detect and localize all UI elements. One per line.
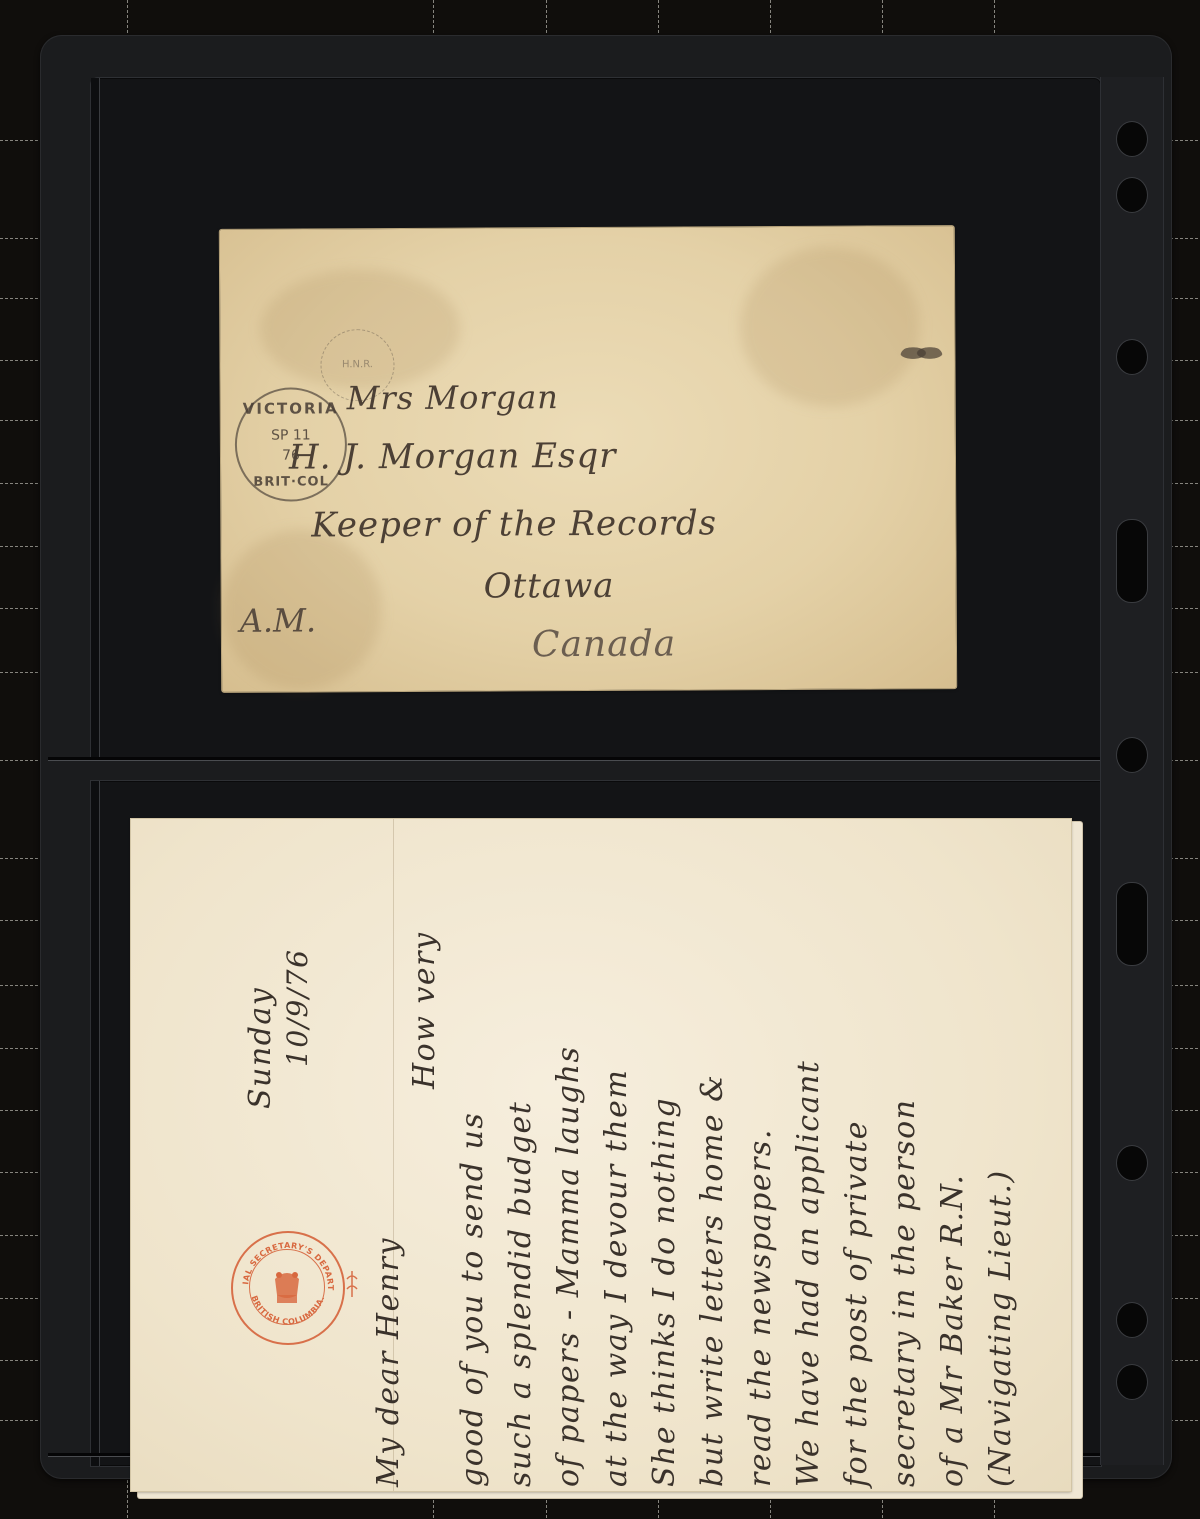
address-line: H. J. Morgan Esqr (289, 436, 617, 478)
binder-hole (1116, 1145, 1148, 1181)
letter-line: We have had an applicant (791, 1060, 826, 1487)
letter-line: of papers - Mamma laughs (551, 1046, 586, 1487)
address-line: Mrs Morgan (347, 378, 559, 417)
binder-hole (1116, 177, 1148, 213)
letter-line: (Navigating Lieut.) (983, 1169, 1018, 1487)
crown-crest-icon (269, 1265, 305, 1309)
binder-hole-strip (1100, 77, 1164, 1465)
pocket-edge (91, 781, 100, 1466)
binder-hole (1116, 1364, 1148, 1400)
binder-hole (1116, 1302, 1148, 1338)
letter-line: How very (407, 932, 442, 1089)
binder-hole-oblong (1116, 882, 1148, 966)
binder-hole (1116, 339, 1148, 375)
address-line: Canada (532, 624, 676, 666)
letter-dateline-day: Sunday (243, 987, 278, 1109)
letter-dateline-date: 10/9/76 (281, 949, 314, 1067)
letter-line: secretary in the person (887, 1098, 922, 1487)
pocket-divider (48, 757, 1164, 761)
envelope: H.N.R. VICTORIA SP 11 76 BRIT·COL Mrs Mo… (220, 226, 956, 692)
postmark-town: VICTORIA (237, 399, 345, 418)
letter-line: She thinks I do nothing (647, 1097, 682, 1487)
letter-line: My dear Henry (371, 1237, 406, 1487)
binder-hole-oblong (1116, 519, 1148, 603)
letter-line: good of you to send us (455, 1112, 490, 1487)
letter-line: for the post of private (839, 1120, 874, 1487)
provincial-secretary-seal: PROVINCIAL SECRETARY'S DEPARTMENT. * BRI… (231, 1231, 345, 1345)
handwritten-initials: A.M. (240, 601, 316, 639)
letter-line: at the way I devour them (599, 1069, 634, 1487)
paper-stain (740, 246, 921, 407)
binder-hole (1116, 121, 1148, 157)
letter-line: of a Mr Baker R.N. (935, 1174, 970, 1487)
address-line: Keeper of the Records (311, 503, 717, 545)
letter-line: but write letters home & (695, 1074, 730, 1487)
postmark-fragment (900, 344, 942, 366)
letterhead-ornament-icon (345, 1271, 359, 1297)
letter: Sunday 10/9/76 PROVINCIAL SECRETARY'S DE… (131, 819, 1071, 1491)
letter-line: such a splendid budget (503, 1101, 538, 1487)
binder-hole (1116, 737, 1148, 773)
pocket-edge (91, 78, 100, 758)
address-line: Ottawa (484, 566, 615, 607)
letter-line: read the newspapers. (743, 1128, 778, 1487)
